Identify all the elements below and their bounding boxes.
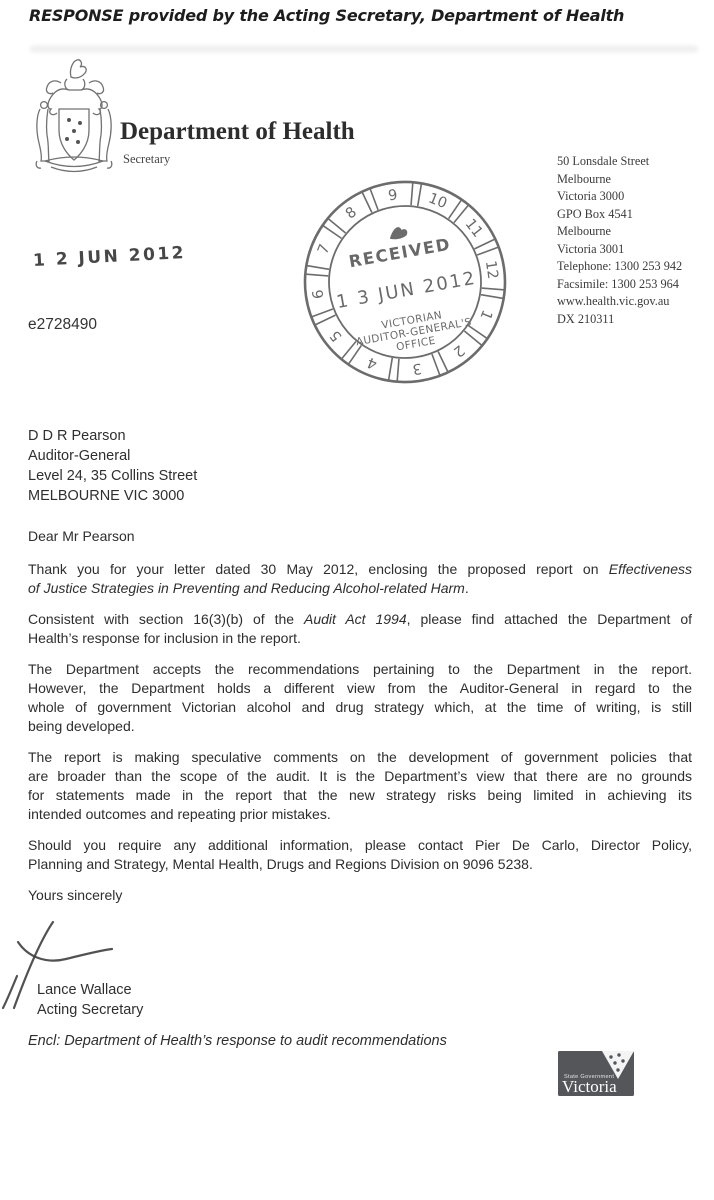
stamp-dial-number: 2 (450, 341, 467, 359)
victoria-coat-of-arms-icon (27, 57, 121, 185)
recipient-line: D D R Pearson (28, 426, 197, 446)
signer-name: Lance Wallace (37, 981, 143, 1001)
enclosure-note: Encl: Department of Health’s response to… (28, 1033, 447, 1049)
stamp-dial-number: 4 (365, 354, 380, 372)
address-line: Victoria 3001 (557, 241, 709, 259)
address-line: DX 210311 (557, 311, 709, 329)
stamp-dial-number: 3 (411, 360, 422, 377)
state-government-victoria-logo: State Government Victoria (558, 1051, 634, 1096)
address-line: 50 Lonsdale Street (557, 153, 709, 171)
body-line: The report is making speculative comment… (28, 748, 692, 767)
letterhead-address: 50 Lonsdale StreetMelbourneVictoria 3000… (557, 153, 709, 328)
scan-artifact (30, 46, 698, 52)
body-line: The Department accepts the recommendatio… (28, 660, 692, 679)
department-name: Department of Health (120, 118, 355, 146)
address-line: www.health.vic.gov.au (557, 293, 709, 311)
address-line: Facsimile: 1300 253 964 (557, 276, 709, 294)
recipient-line: Auditor-General (28, 446, 197, 466)
body-line: Health’s response for inclusion in the r… (28, 629, 692, 648)
document-heading: RESPONSE provided by the Acting Secretar… (29, 6, 699, 25)
body-paragraphs: Thank you for your letter dated 30 May 2… (28, 560, 692, 874)
stamp-dial-number: 10 (426, 190, 449, 212)
recipient-line: MELBOURNE VIC 3000 (28, 486, 197, 506)
body-line: whole of government Victorian alcohol an… (28, 698, 692, 717)
stamp-dial-number: 12 (482, 260, 500, 281)
letter-body: Dear Mr Pearson Thank you for your lette… (28, 527, 692, 905)
recipient-address: D D R PearsonAuditor-GeneralLevel 24, 35… (28, 426, 197, 506)
paragraph: The Department accepts the recommendatio… (28, 660, 692, 736)
stamp-dial-number: 6 (310, 288, 327, 299)
address-line: Victoria 3000 (557, 188, 709, 206)
body-line: are broader than the scope of the audit.… (28, 767, 692, 786)
body-line: Should you require any additional inform… (28, 836, 692, 855)
body-line: for statements made in the report that t… (28, 786, 692, 805)
stamp-received-date: 1 3 JUN 2012 (335, 268, 478, 313)
body-line: intended outcomes and repeating prior mi… (28, 805, 692, 824)
stamp-received-label: RECEIVED (347, 235, 452, 272)
reference-number: e2728490 (28, 316, 97, 334)
body-line: Thank you for your letter dated 30 May 2… (28, 560, 692, 579)
paragraph: Should you require any additional inform… (28, 836, 692, 874)
stamp-dial-number: 9 (387, 187, 398, 204)
salutation: Dear Mr Pearson (28, 527, 692, 546)
closing: Yours sincerely (28, 886, 692, 905)
department-division: Secretary (123, 152, 170, 167)
recipient-line: Level 24, 35 Collins Street (28, 466, 197, 486)
logo-line2: Victoria (562, 1077, 617, 1096)
body-line: Planning and Strategy, Mental Health, Dr… (28, 855, 692, 874)
scanned-letter-page: RESPONSE provided by the Acting Secretar… (0, 0, 714, 1200)
stamp-dial-number: 1 (477, 307, 495, 322)
stamp-dial-number: 7 (315, 242, 333, 257)
address-line: Telephone: 1300 253 942 (557, 258, 709, 276)
stamp-emblem-icon (388, 226, 408, 240)
signer-block: Lance Wallace Acting Secretary (37, 981, 143, 1020)
body-line: of Justice Strategies in Preventing and … (28, 579, 692, 598)
body-line: Consistent with section 16(3)(b) of the … (28, 610, 692, 629)
paragraph: Consistent with section 16(3)(b) of the … (28, 610, 692, 648)
address-line: Melbourne (557, 171, 709, 189)
address-line: Melbourne (557, 223, 709, 241)
address-line: GPO Box 4541 (557, 206, 709, 224)
stamp-dial-number: 8 (343, 204, 360, 222)
paragraph: The report is making speculative comment… (28, 748, 692, 824)
signer-title: Acting Secretary (37, 1001, 143, 1021)
body-line: However, the Department holds a differen… (28, 679, 692, 698)
stamp-dial-number: 5 (327, 327, 345, 344)
received-stamp: 123456789101112 RECEIVED 1 3 JUN 2012 VI… (299, 176, 511, 388)
body-line: being developed. (28, 717, 692, 736)
date-received-stamp: 1 2 JUN 2012 (33, 243, 187, 271)
paragraph: Thank you for your letter dated 30 May 2… (28, 560, 692, 598)
